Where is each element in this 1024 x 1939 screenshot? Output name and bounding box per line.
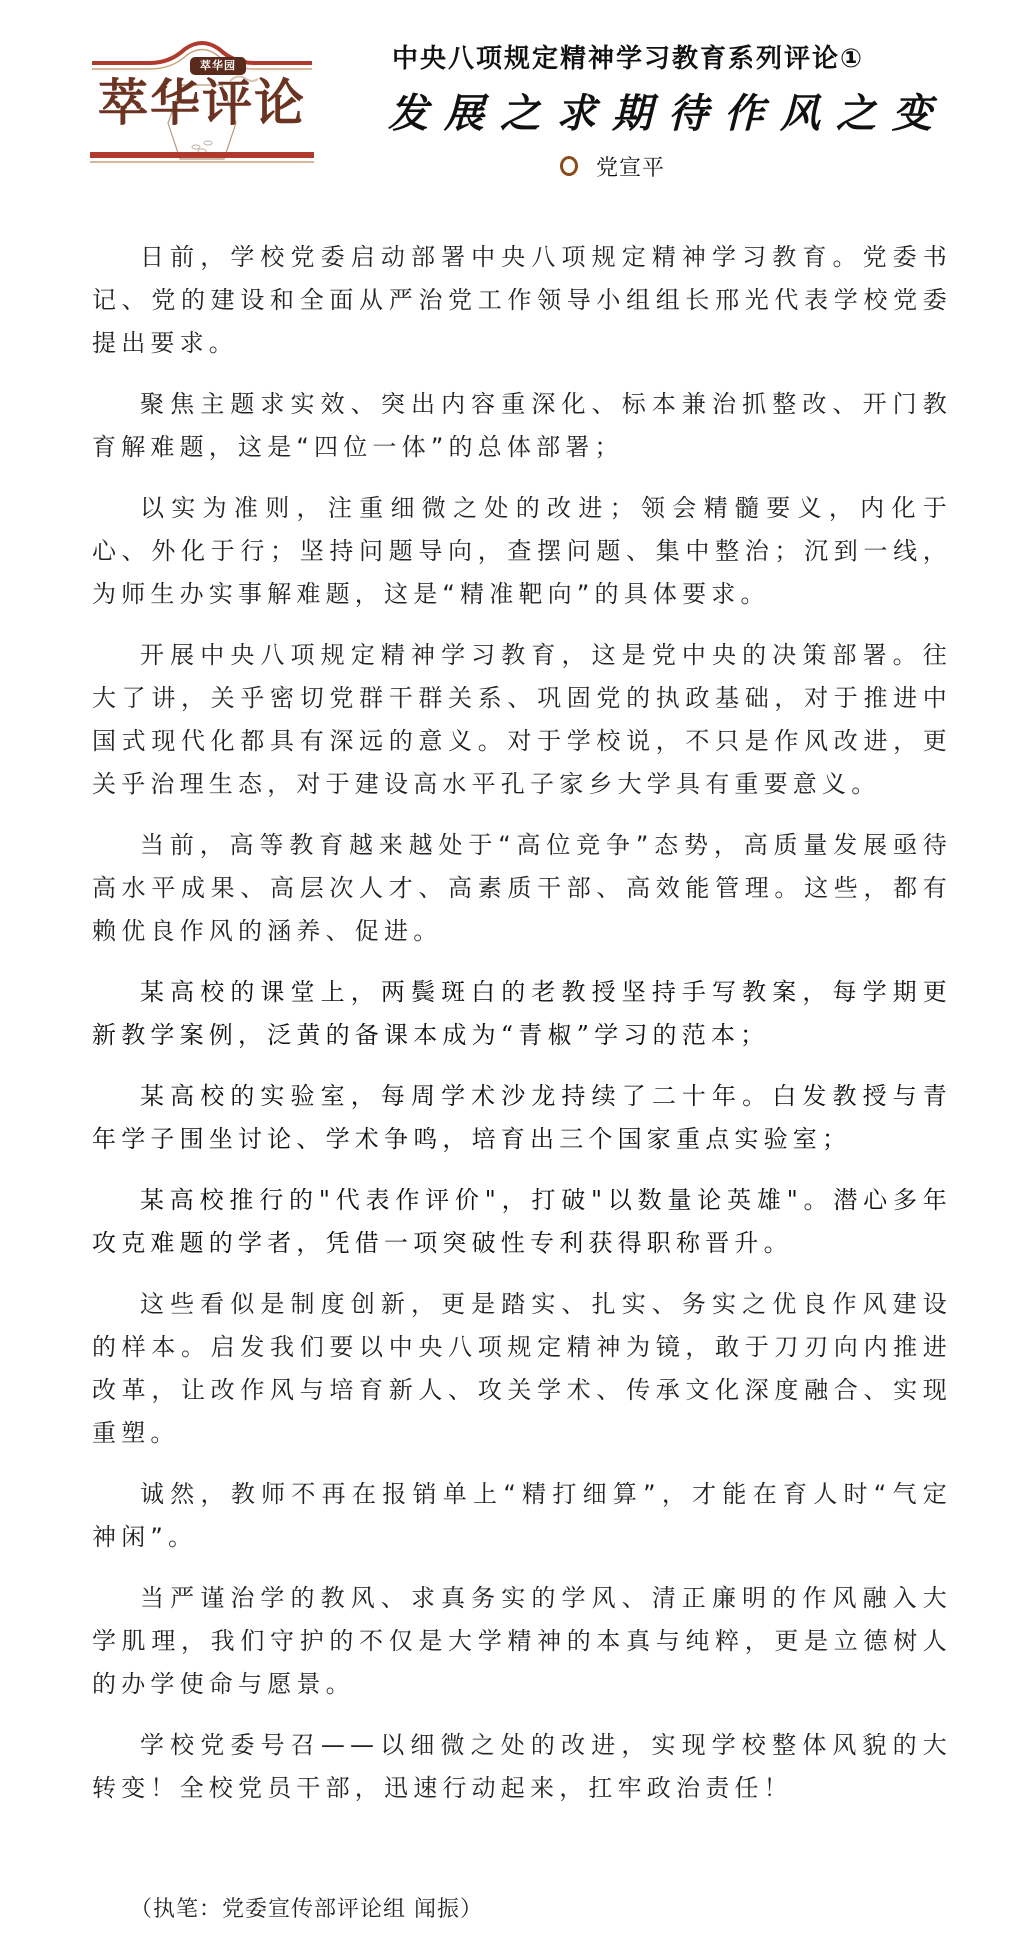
paragraph: 诚然，教师不再在报销单上“精打细算”，才能在育人时“气定神闲”。: [92, 1473, 952, 1559]
article-header: 萃华园 萃华评论 中央八项规定精神学习教育系列评论① 发展之求期待作风之变 党宣…: [0, 0, 1024, 200]
byline: 党宣平: [560, 150, 665, 182]
article-body: 日前，学校党委启动部署中央八项规定精神学习教育。党委书记、党的建设和全面从严治党…: [92, 236, 952, 1828]
paragraph: 某高校的课堂上，两鬓斑白的老教授坚持手写教案，每学期更新教学案例，泛黄的备课本成…: [92, 971, 952, 1057]
author-signature: （执笔：党委宣传部评论组 闻振）: [130, 1892, 483, 1923]
ring-bullet-icon: [560, 156, 578, 176]
cuihua-review-logo: 萃华园 萃华评论: [90, 35, 314, 165]
paragraph: 聚焦主题求实效、突出内容重深化、标本兼治抓整改、开门教育解难题，这是“四位一体”…: [92, 383, 952, 469]
paragraph: 某高校推行的"代表作评价"，打破"以数量论英雄"。潜心多年攻克难题的学者，凭借一…: [92, 1179, 952, 1265]
paragraph: 开展中央八项规定精神学习教育，这是党中央的决策部署。往大了讲，关乎密切党群干群关…: [92, 634, 952, 806]
paragraph: 当严谨治学的教风、求真务实的学风、清正廉明的作风融入大学肌理，我们守护的不仅是大…: [92, 1577, 952, 1706]
author-name: 党宣平: [596, 151, 665, 182]
page-title: 发展之求期待作风之变: [388, 82, 908, 139]
paragraph: 以实为准则，注重细微之处的改进；领会精髓要义，内化于心、外化于行；坚持问题导向，…: [92, 487, 952, 616]
logo-title: 萃华评论: [90, 71, 314, 135]
paragraph: 某高校的实验室，每周学术沙龙持续了二十年。白发教授与青年学子围坐讨论、学术争鸣，…: [92, 1075, 952, 1161]
paragraph: 当前，高等教育越来越处于“高位竞争”态势，高质量发展亟待高水平成果、高层次人才、…: [92, 824, 952, 953]
series-title: 中央八项规定精神学习教育系列评论①: [392, 38, 912, 75]
paragraph: 学校党委号召——以细微之处的改进，实现学校整体风貌的大转变！全校党员干部，迅速行…: [92, 1724, 952, 1810]
paragraph: 日前，学校党委启动部署中央八项规定精神学习教育。党委书记、党的建设和全面从严治党…: [92, 236, 952, 365]
paragraph: 这些看似是制度创新，更是踏实、扎实、务实之优良作风建设的样本。启发我们要以中央八…: [92, 1283, 952, 1455]
